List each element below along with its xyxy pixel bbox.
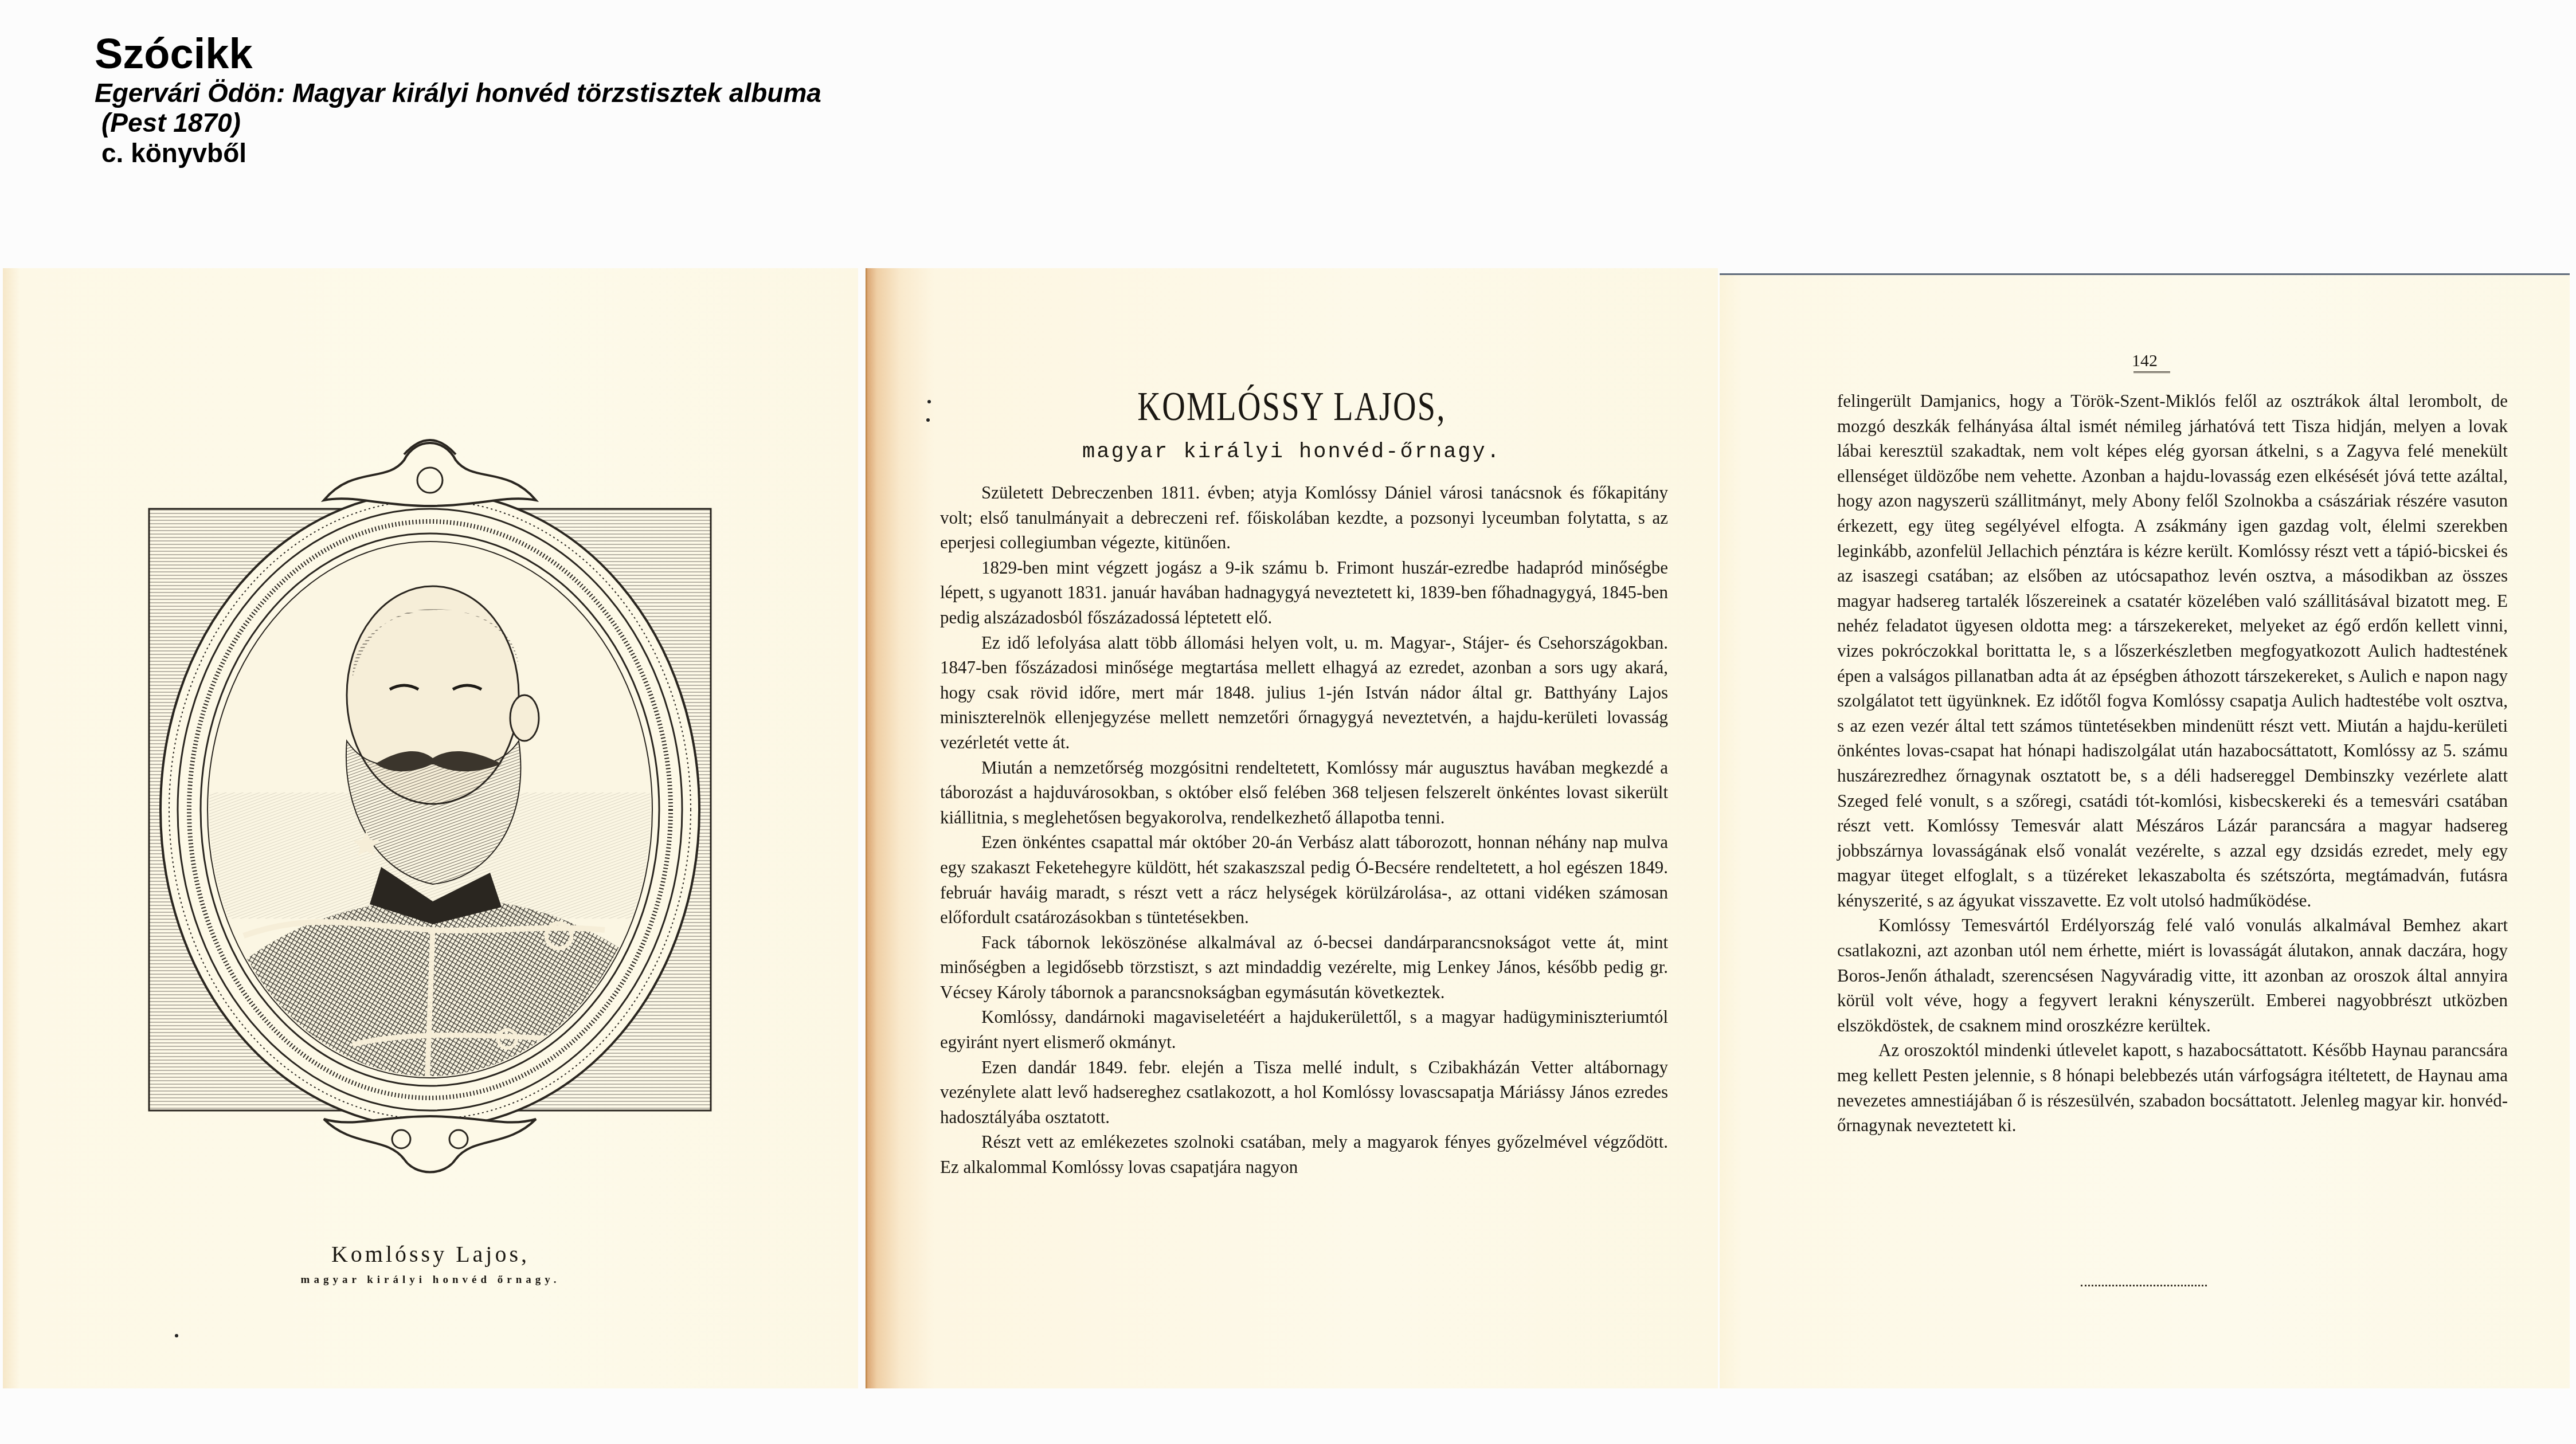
paragraph: Miután a nemzetőrség mozgósitni rendelte… [940, 755, 1668, 830]
portrait-caption-rank: magyar királyi honvéd őrnagy. [3, 1274, 858, 1286]
portrait-page: Komlóssy Lajos, magyar királyi honvéd őr… [3, 268, 858, 1388]
paragraph: Részt vett az emlékezetes szolnoki csatá… [940, 1129, 1668, 1179]
source-book-title: Egervári Ödön: Magyar királyi honvéd tör… [95, 78, 821, 108]
paragraph: Komlóssy, dandárnoki magaviseletéért a h… [940, 1004, 1668, 1054]
portrait-engraving [135, 420, 725, 1176]
paper-speck [926, 418, 930, 422]
page-number-rule [2133, 371, 2170, 373]
article-subtitle: magyar királyi honvéd-őrnagy. [866, 440, 1718, 464]
article-page-start: KOMLÓSSY LAJOS, magyar királyi honvéd-őr… [866, 268, 1718, 1388]
paragraph: 1829-ben mint végzett jogász a 9-ik szám… [940, 555, 1668, 630]
paragraph: Ezen dandár 1849. febr. elején a Tisza m… [940, 1055, 1668, 1130]
paper-speck [927, 400, 931, 403]
article-title: KOMLÓSSY LAJOS, [960, 383, 1624, 430]
slide-header: Szócikk Egervári Ödön: Magyar királyi ho… [95, 30, 821, 168]
paper-speck [175, 1334, 178, 1337]
header-title: Szócikk [95, 30, 821, 78]
source-suffix: c. könyvből [95, 138, 821, 168]
portrait-caption-name: Komlóssy Lajos, [3, 1241, 858, 1268]
paragraph: Ez idő lefolyása alatt több állomási hel… [940, 630, 1668, 755]
source-place-year: (Pest 1870) [95, 108, 821, 138]
paragraph: Komlóssy Temesvártól Erdélyország felé v… [1837, 913, 2508, 1038]
paragraph: Az oroszoktól mindenki útlevelet kapott,… [1837, 1038, 2508, 1137]
paragraph: Ezen önkéntes csapattal már október 20-á… [940, 830, 1668, 929]
page-number: 142 [1720, 351, 2570, 371]
article-end-rule [2081, 1285, 2207, 1286]
paragraph: Született Debreczenben 1811. évben; atyj… [940, 480, 1668, 555]
paragraph: Fack tábornok leköszönése alkalmával az … [940, 930, 1668, 1005]
article-body-continued: felingerült Damjanics, hogy a Török-Szen… [1837, 389, 2508, 1138]
article-body-start: Született Debreczenben 1811. évben; atyj… [940, 480, 1668, 1180]
paragraph: felingerült Damjanics, hogy a Török-Szen… [1837, 389, 2508, 913]
article-page-continued: 142 felingerült Damjanics, hogy a Török-… [1720, 273, 2570, 1388]
portrait-frame-icon [135, 420, 725, 1176]
